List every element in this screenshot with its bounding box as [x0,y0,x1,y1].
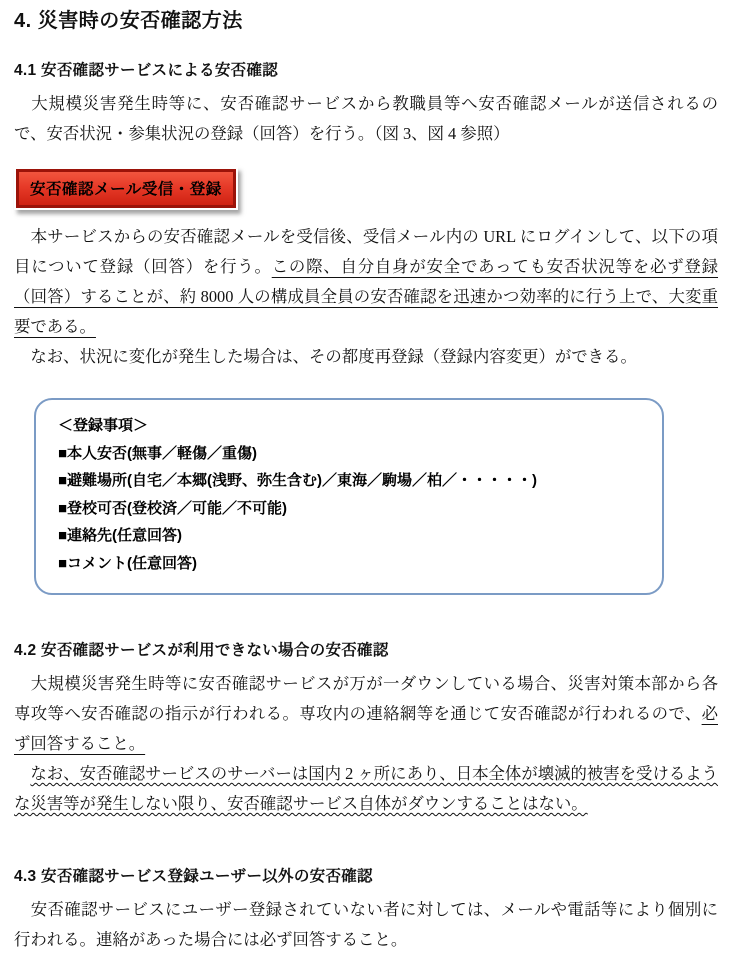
paragraph-4-2-note: なお、安否確認サービスのサーバーは国内 2 ヶ所にあり、日本全体が壊滅的被害を受… [14,759,718,819]
section-4-2: 4.2 安否確認サービスが利用できない場合の安否確認 大規模災害発生時等に安否確… [14,641,718,819]
section-4-2-heading: 4.2 安否確認サービスが利用できない場合の安否確認 [14,641,718,661]
section-4-3: 4.3 安否確認サービス登録ユーザー以外の安否確認 安否確認サービスにユーザー登… [14,867,718,955]
paragraph-4-3-body: 安否確認サービスにユーザー登録されていない者に対しては、メールや電話等により個別… [14,895,718,955]
safety-mail-badge: 安否確認メール受信・登録 [14,167,238,210]
registration-item: ■登校可否(登校済／可能／不可能) [58,495,646,523]
registration-item: ■連絡先(任意回答) [58,522,646,550]
text-segment: 大規模災害発生時等に、安否確認サービスから教職員等へ安否確認メールが送信されるの… [14,94,718,143]
section-4-3-heading: 4.3 安否確認サービス登録ユーザー以外の安否確認 [14,867,718,887]
text-segment: なお、安否確認サービスのサーバーは国内 2 ヶ所にあり、日本全体が壊滅的被害を受… [14,764,718,813]
registration-item: ■避難場所(自宅／本郷(浅野、弥生含む)／東海／駒場／柏／・・・・・) [58,467,646,495]
registration-item: ■コメント(任意回答) [58,550,646,578]
safety-mail-badge-label: 安否確認メール受信・登録 [16,169,236,208]
paragraph-4-1-body: 本サービスからの安否確認メールを受信後、受信メール内の URL にログインして、… [14,222,718,342]
paragraph-4-1-intro: 大規模災害発生時等に、安否確認サービスから教職員等へ安否確認メールが送信されるの… [14,89,718,149]
registration-box-title: ＜登録事項＞ [58,412,646,440]
text-segment: なお、状況に変化が発生した場合は、その都度再登録（登録内容変更）ができる。 [14,347,637,366]
text-segment: 安否確認サービスにユーザー登録されていない者に対しては、メールや電話等により個別… [14,900,718,949]
text-segment [14,764,30,783]
section-4-1-heading: 4.1 安否確認サービスによる安否確認 [14,61,718,81]
section-4-1: 4.1 安否確認サービスによる安否確認 大規模災害発生時等に、安否確認サービスか… [14,61,718,595]
registration-items-list: ■本人安否(無事／軽傷／重傷)■避難場所(自宅／本郷(浅野、弥生含む)／東海／駒… [58,440,646,578]
paragraph-4-2-body: 大規模災害発生時等に安否確認サービスが万が一ダウンしている場合、災害対策本部から… [14,669,718,759]
document-title: 4. 災害時の安否確認方法 [14,8,718,34]
registration-item: ■本人安否(無事／軽傷／重傷) [58,440,646,468]
registration-items-box: ＜登録事項＞ ■本人安否(無事／軽傷／重傷)■避難場所(自宅／本郷(浅野、弥生含… [34,398,664,595]
text-segment: 大規模災害発生時等に安否確認サービスが万が一ダウンしている場合、災害対策本部から… [14,674,718,723]
paragraph-4-1-note: なお、状況に変化が発生した場合は、その都度再登録（登録内容変更）ができる。 [14,342,718,372]
document-page: 4. 災害時の安否確認方法 4.1 安否確認サービスによる安否確認 大規模災害発… [0,0,732,965]
